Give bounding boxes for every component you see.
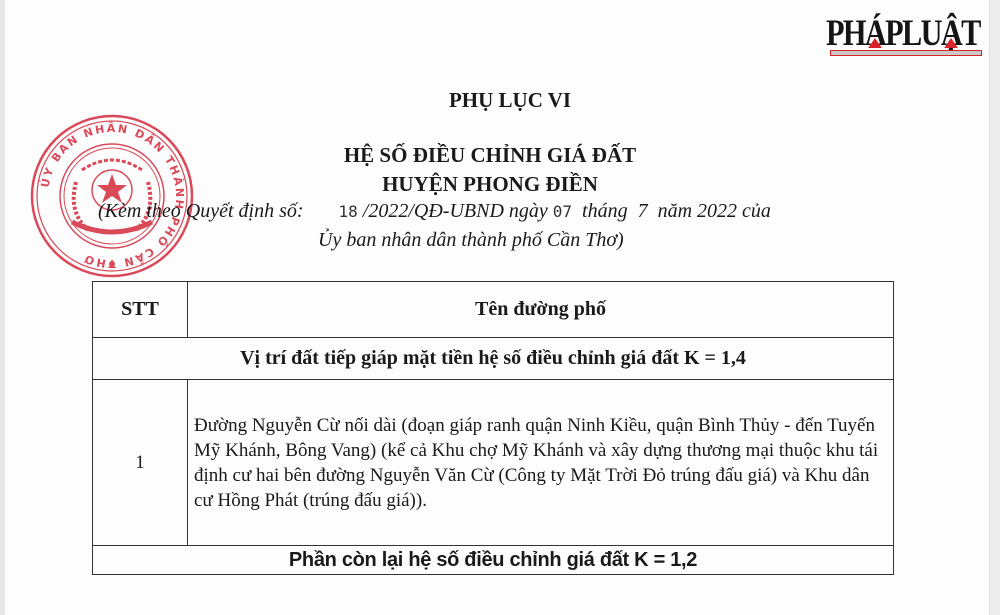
- table-header-row: STT Tên đường phố: [93, 282, 894, 338]
- section-row-remaining: Phần còn lại hệ số điều chỉnh giá đất K …: [93, 546, 894, 575]
- header-street-name: Tên đường phố: [188, 282, 894, 338]
- decision-suffix: /2022/QĐ-UBND ngày: [363, 200, 548, 222]
- logo-wordmark: PHÁPLUẬT: [826, 12, 980, 55]
- row-stt: 1: [93, 380, 188, 546]
- decision-day: 07: [553, 202, 572, 221]
- decision-reference: (Kèm theo Quyết định số: 18 /2022/QĐ-UBN…: [98, 200, 771, 223]
- decision-month: 7: [638, 200, 648, 222]
- remaining-label: Phần còn lại hệ số điều chỉnh giá đất K …: [93, 546, 894, 575]
- document-title-line1: HỆ SỐ ĐIỀU CHỈNH GIÁ ĐẤT: [0, 143, 990, 168]
- page-edge-left: [0, 0, 5, 615]
- logo-part-accent: Á: [865, 13, 885, 54]
- document-title-line2: HUYỆN PHONG ĐIỀN: [0, 172, 990, 197]
- row-street-name: Đường Nguyễn Cừ nối dài (đoạn giáp ranh …: [188, 380, 894, 546]
- logo-part: PH: [826, 13, 865, 54]
- reference-prefix: (Kèm theo Quyết định số:: [98, 200, 304, 222]
- logo-underline-bar: [830, 50, 982, 56]
- logo-part: PLU: [885, 13, 941, 54]
- phapluat-logo: PHÁPLUẬT: [826, 12, 986, 52]
- logo-part-accent: Ậ: [941, 13, 961, 54]
- decision-number: 18: [339, 202, 358, 221]
- section-label: Vị trí đất tiếp giáp mặt tiền hệ số điều…: [93, 338, 894, 380]
- issuing-authority: Ủy ban nhân dân thành phố Cần Thơ): [318, 229, 624, 252]
- header-stt: STT: [93, 282, 188, 338]
- table-row: 1 Đường Nguyễn Cừ nối dài (đoạn giáp ran…: [93, 380, 894, 546]
- land-price-coefficient-table: STT Tên đường phố Vị trí đất tiếp giáp m…: [92, 281, 894, 575]
- month-label: tháng: [582, 200, 628, 222]
- logo-part: T: [961, 13, 980, 54]
- year-label: năm 2022 của: [658, 200, 771, 222]
- appendix-title: PHỤ LỤC VI: [10, 88, 1000, 113]
- section-row-frontage: Vị trí đất tiếp giáp mặt tiền hệ số điều…: [93, 338, 894, 380]
